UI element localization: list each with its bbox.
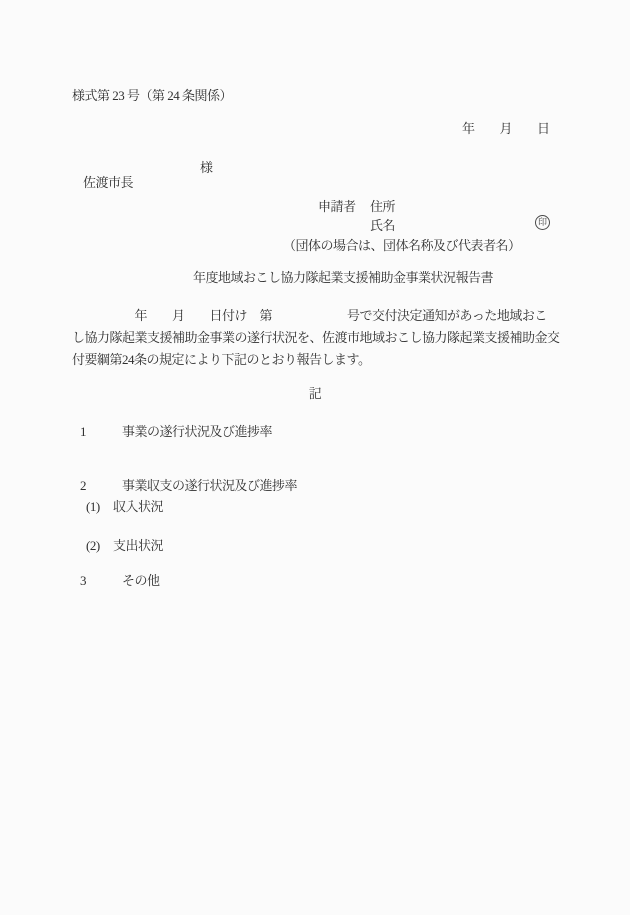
addressee-line: 佐渡市長 様	[72, 160, 372, 175]
seal-icon: 印	[535, 215, 550, 230]
addressee-honorific: 様	[200, 160, 213, 175]
document-page: 様式第 23 号（第 24 条関係） 年 月 日 佐渡市長 様 申請者 住所 氏…	[0, 0, 630, 915]
item-2-sub-1-number: (1)	[86, 499, 100, 514]
organization-note: （団体の場合は、団体名称及び代表者名）	[283, 238, 521, 253]
item-3-label: その他	[122, 573, 160, 588]
item-2-sub-1-label: 収入状況	[113, 499, 163, 514]
item-2-sub-1: (1) 収入状況	[0, 499, 630, 514]
body-line: し協力隊起業支援補助金事業の遂行状況を、佐渡市地域おこし協力隊起業支援補助金交	[72, 330, 560, 345]
document-title: 年度地域おこし協力隊起業支援補助金事業状況報告書	[193, 270, 493, 285]
item-2-sub-2-label: 支出状況	[113, 538, 163, 553]
record-marker: 記	[0, 386, 630, 401]
item-1-number: 1	[80, 424, 86, 439]
seal-character: 印	[538, 218, 547, 227]
addressee-name: 佐渡市長	[83, 175, 133, 190]
item-2-sub-2: (2) 支出状況	[0, 538, 630, 553]
applicant-name-label: 氏名	[370, 218, 395, 233]
item-2-label: 事業収支の遂行状況及び進捗率	[122, 478, 297, 493]
body-line: 年 月 日付け 第 号で交付決定通知があった地域おこ	[72, 308, 547, 323]
item-3-number: 3	[80, 573, 86, 588]
item-1-label: 事業の遂行状況及び進捗率	[122, 424, 272, 439]
body-line: 付要綱第24条の規定により下記のとおり報告します。	[72, 352, 370, 367]
item-2: 2 事業収支の遂行状況及び進捗率	[0, 478, 630, 493]
item-1: 1 事業の遂行状況及び進捗率	[0, 424, 630, 439]
form-number: 様式第 23 号（第 24 条関係）	[72, 88, 232, 103]
item-3: 3 その他	[0, 573, 630, 588]
applicant-address-label: 住所	[370, 199, 395, 214]
applicant-label: 申請者	[318, 199, 356, 214]
item-2-sub-2-number: (2)	[86, 538, 100, 553]
item-2-number: 2	[80, 478, 86, 493]
issue-date-line: 年 月 日	[462, 121, 550, 136]
